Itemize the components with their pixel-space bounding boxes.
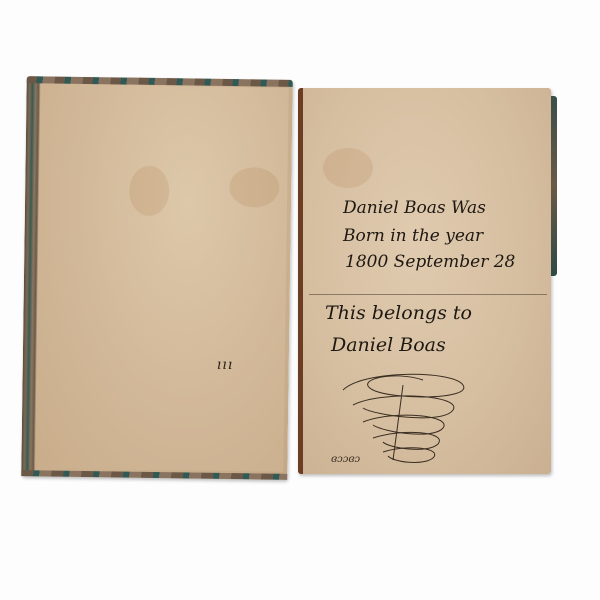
stain — [129, 166, 170, 217]
marbled-edge-bottom — [21, 470, 287, 480]
left-book-cover: ııı — [21, 76, 293, 480]
cover-paper: ııı — [35, 84, 288, 471]
left-inscription: ııı — [217, 357, 234, 373]
stain — [229, 167, 280, 208]
spine-edge — [551, 96, 557, 276]
inscription-line-4: This belongs to — [325, 302, 472, 324]
right-book-cover: Daniel Boas Was Born in the year 1800 Se… — [298, 88, 551, 474]
divider-line — [309, 294, 547, 295]
bottom-mark: ɞɔɔɞɔ — [331, 454, 360, 465]
inscription-line-1: Daniel Boas Was — [343, 198, 486, 218]
inscription-line-3: 1800 September 28 — [345, 252, 515, 272]
inscription-line-5: Daniel Boas — [331, 334, 446, 356]
inscription-line-2: Born in the year — [343, 226, 483, 246]
stain — [323, 148, 373, 188]
